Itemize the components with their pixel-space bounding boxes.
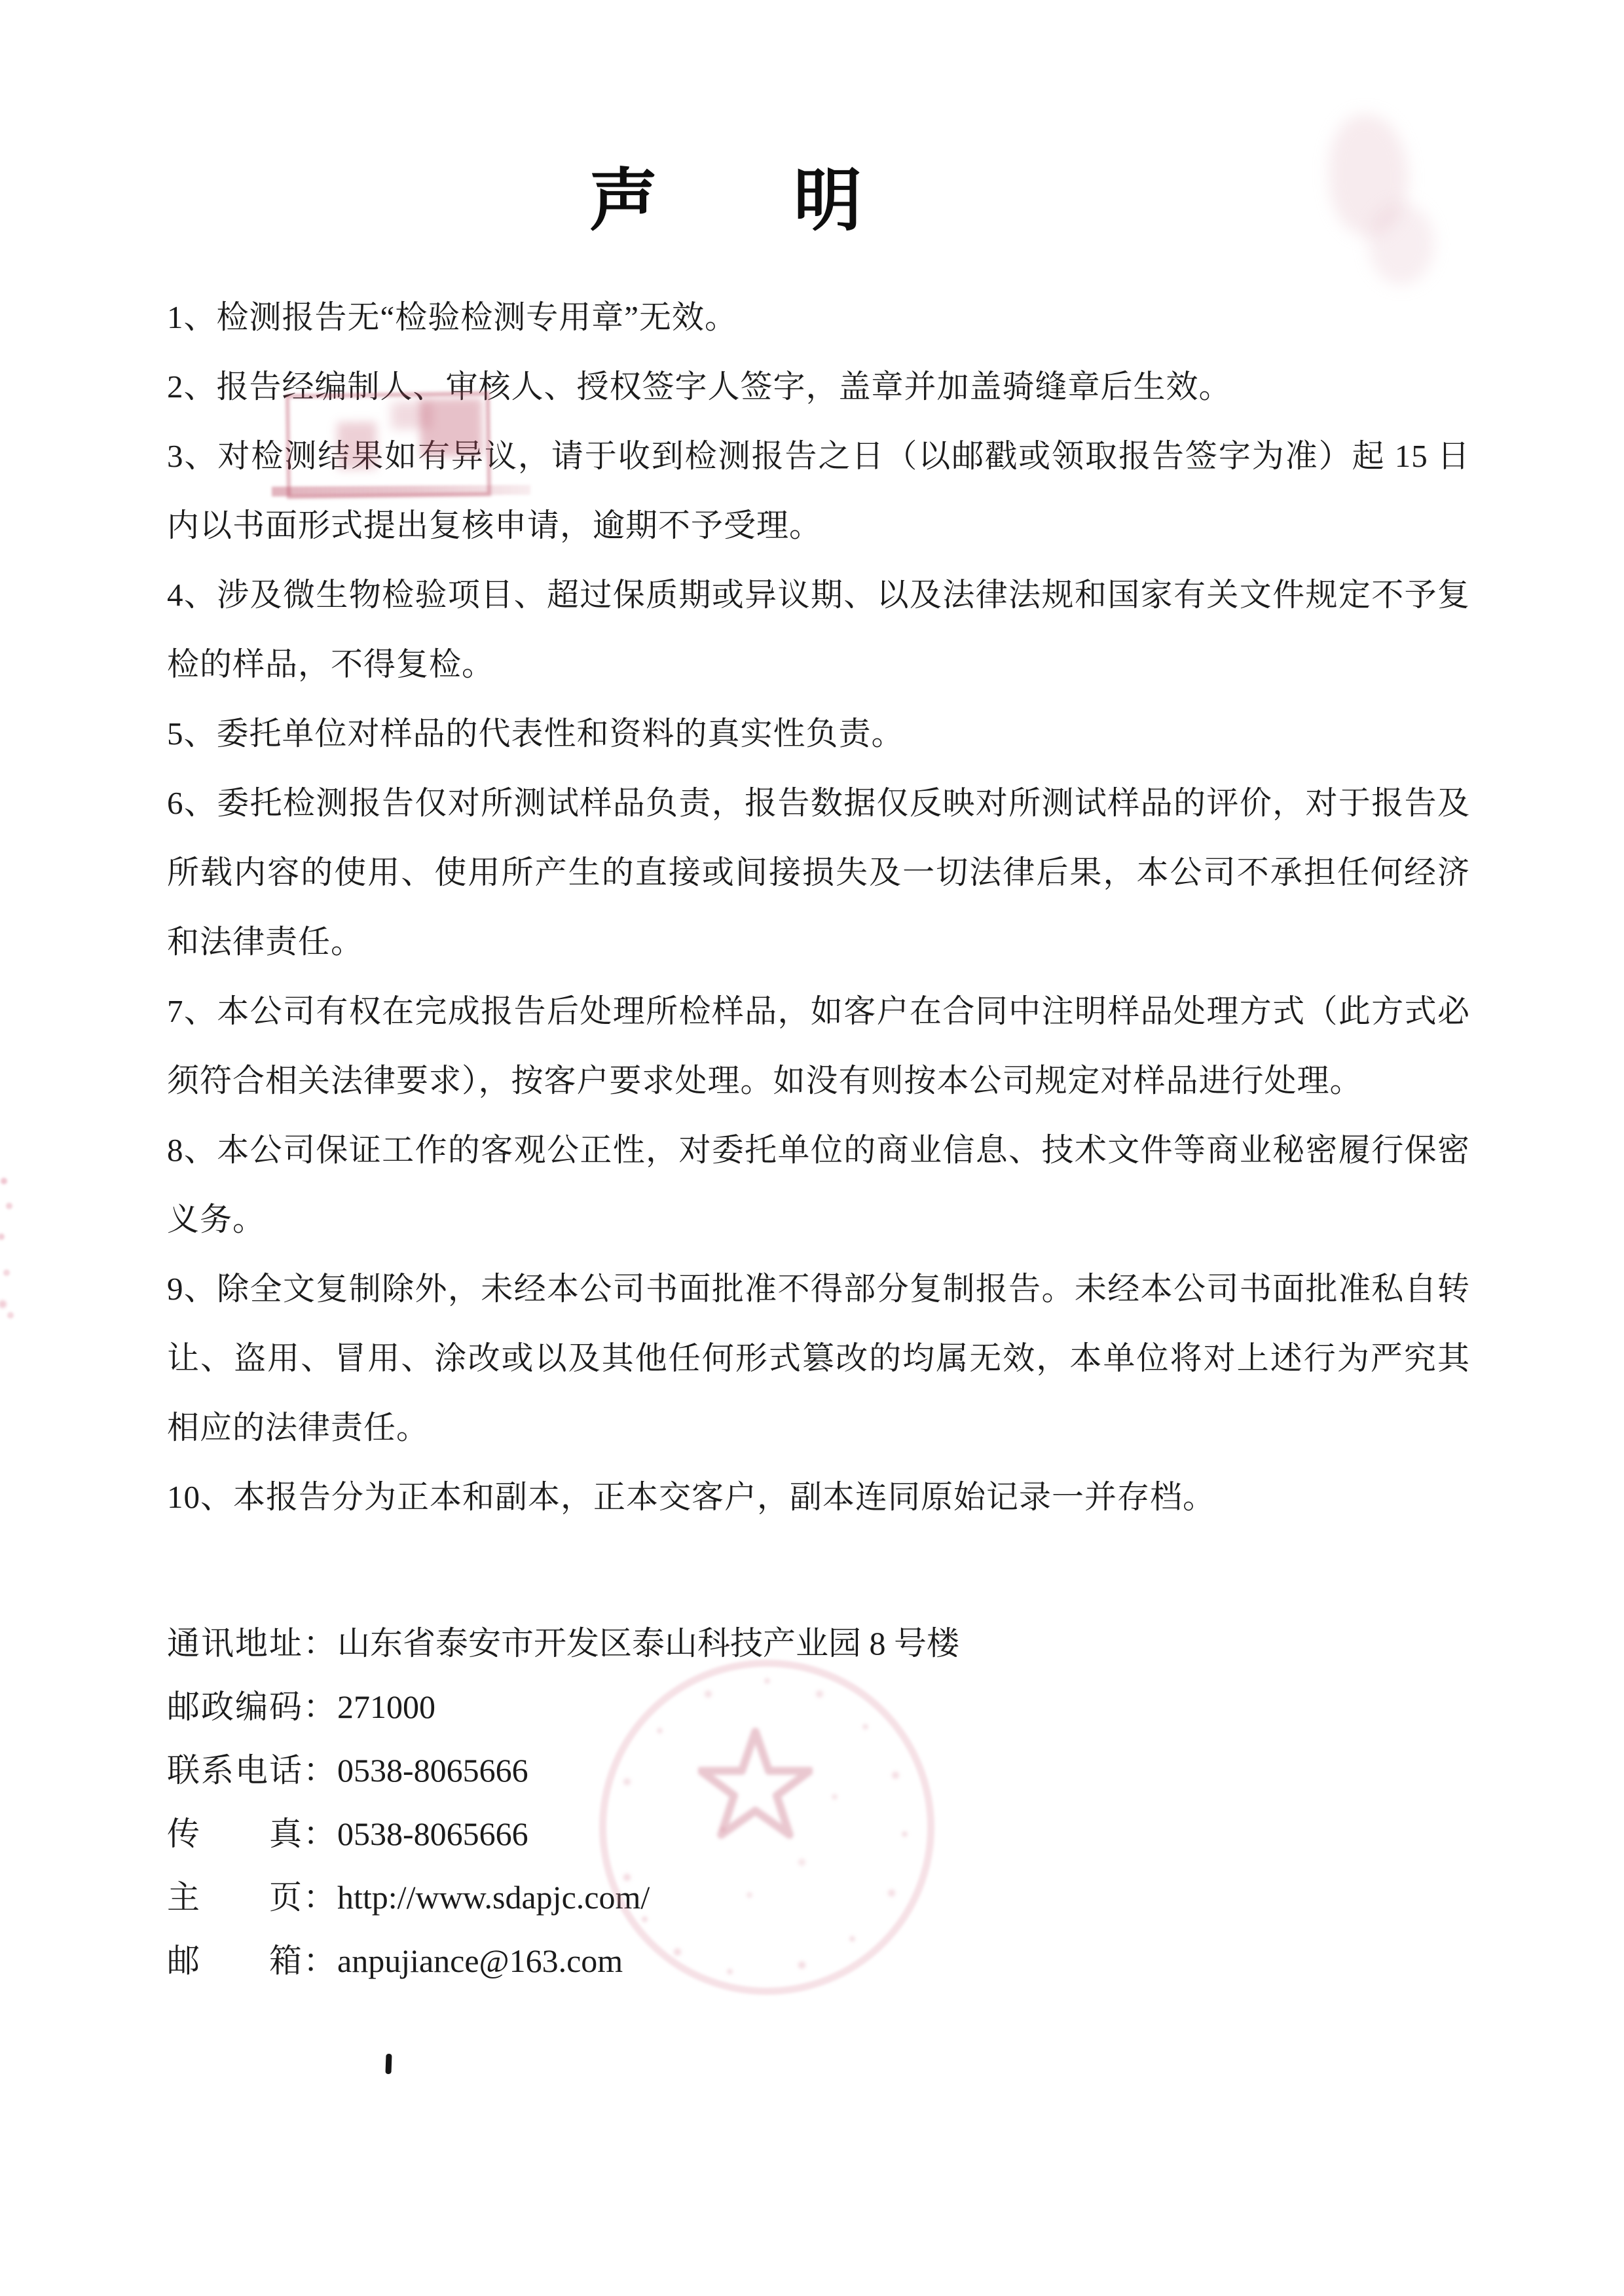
statement-line: 和法律责任。 [167,907,1470,977]
contact-value: http://www.sdapjc.com/ [337,1879,650,1916]
statement-line: 检的样品，不得复检。 [167,630,1470,699]
edge-ink-speckles [0,1172,1,1177]
contact-value: 0538-8065666 [337,1752,528,1789]
stamp-ink-blob [391,401,432,429]
statement-line: 相应的法律责任。 [167,1393,1470,1463]
statement-line: 6、委托检测报告仅对所测试样品负责，报告数据仅反映对所测试样品的评价，对于报告及 [167,769,1470,838]
statement-line: 10、本报告分为正本和副本，正本交客户，副本连同原始记录一并存档。 [167,1463,1470,1532]
rect-stamp [286,392,491,499]
contact-label: 邮 箱： [167,1942,337,1979]
statement-line: 5、委托单位对样品的代表性和资料的真实性负责。 [167,699,1470,769]
statement-line: 7、本公司有权在完成报告后处理所检样品，如客户在合同中注明样品处理方式（此方式必 [167,977,1470,1046]
contact-label: 联系电话： [167,1752,337,1789]
statement-line: 所载内容的使用、使用所产生的直接或间接损失及一切法律后果，本公司不承担任何经济 [167,838,1470,907]
pink-smudge [1369,203,1434,285]
statement-line: 内以书面形式提出复核申请，逾期不予受理。 [167,491,1470,560]
statement-line: 让、盗用、冒用、涂改或以及其他任何形式篡改的均属无效，本单位将对上述行为严究其 [167,1324,1470,1393]
round-seal-stamp [599,1660,934,1995]
ink-tick-mark [385,2054,392,2074]
statement-line: 须符合相关法律要求），按客户要求处理。如没有则按本公司规定对样品进行处理。 [167,1046,1470,1116]
contact-label: 传 真： [167,1815,337,1852]
statement-line: 8、本公司保证工作的客观公正性，对委托单位的商业信息、技术文件等商业秘密履行保密 [167,1116,1470,1185]
star-icon [698,1727,813,1842]
seal-speckles [606,1667,611,1671]
contact-label: 主 页： [167,1879,337,1916]
declaration-page: 声 明 1、检测报告无“检验检测专用章”无效。 2、报告经编制人、审核人、授权签… [0,0,1624,2296]
statement-line: 义务。 [167,1185,1470,1254]
contact-value: 0538-8065666 [337,1815,528,1852]
statement-line: 4、涉及微生物检验项目、超过保质期或异议期、以及法律法规和国家有关文件规定不予复 [167,560,1470,630]
contact-value: 271000 [337,1688,435,1725]
contact-value: 山东省泰安市开发区泰山科技产业园 8 号楼 [337,1625,959,1662]
statement-line: 1、检测报告无“检验检测专用章”无效。 [167,283,1470,352]
page-title: 声 明 [589,165,862,238]
stamp-ink-blob [337,422,377,469]
contact-label: 通讯地址： [167,1625,337,1662]
statement-line: 9、除全文复制除外，未经本公司书面批准不得部分复制报告。未经本公司书面批准私自转 [167,1254,1470,1324]
contact-label: 邮政编码： [167,1688,337,1725]
stamp-ink-streak [272,485,530,497]
contact-value: anpujiance@163.com [337,1942,623,1979]
contact-row-address: 通讯地址：山东省泰安市开发区泰山科技产业园 8 号楼 [167,1612,959,1675]
